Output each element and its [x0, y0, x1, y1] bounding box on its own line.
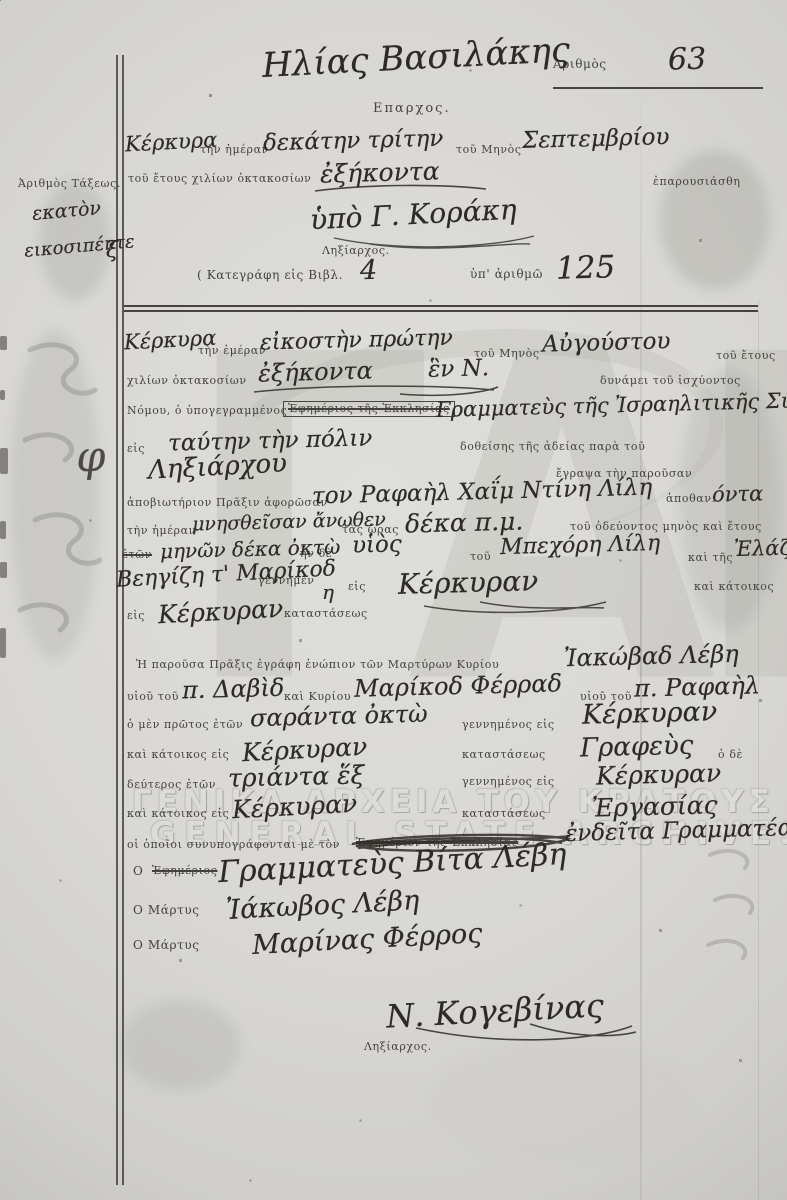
header-tou-etous: τοῦ ἔτους χιλίων ὀκτακοσίων [128, 172, 311, 185]
eparchos-heading: Επαρχος. [373, 101, 451, 116]
paper-highlight [430, 1040, 690, 1160]
body-tou-etous: τοῦ ἔτους [716, 349, 776, 362]
body-eton-struck: ἐτῶν [122, 548, 152, 561]
body-apothan: ἀποθαν. [666, 492, 716, 505]
body-father: Μπεχόρη Λίλη [500, 531, 661, 560]
fold-crease [758, 300, 759, 1200]
witness1-age: σαράντα ὀκτὼ [250, 700, 428, 733]
document-scan: ΓΑΚ ΓΕΝΙΚΑ ΑΡΧΕΙΑ ΤΟΥ ΚΡΑΤΟΥΣ GENERAL ST… [0, 0, 787, 1200]
body-onta: όντα [712, 481, 764, 506]
sig2-martys-label: Ο Μάρτυς [133, 903, 200, 917]
header-place: Κέρκυρα [124, 128, 218, 157]
body-chilion: χιλίων ὀκτακοσίων [127, 374, 247, 387]
body-en: ἓν Ν. [428, 355, 490, 383]
body-nomou: Νόμου, ὁ ὑπογεγραμμένος [127, 404, 287, 417]
witness1-eton-label: ὁ μὲν πρῶτος ἐτῶν [127, 718, 243, 731]
witness-intro: Ἡ παροῦσα Πρᾶξις ἐγράφη ἐνώπιον τῶν Μαρτ… [136, 658, 499, 671]
witness2-age: τριάντα ἕξ [228, 760, 365, 793]
binding-mark [0, 628, 6, 658]
sig3-martys-label: Ο Μάρτυς [133, 938, 200, 952]
body-eis-3: εἰς [127, 609, 145, 622]
body-kai-katoikos: καὶ κάτοικος [694, 580, 774, 593]
officiant-flourish [330, 232, 540, 252]
body-gender: η [322, 580, 334, 604]
witness1-birthplace: Κέρκυραν [582, 696, 718, 731]
signature-witness2: Μαρίνας Φέρρος [251, 918, 483, 961]
margin-flourish: φ [75, 431, 107, 481]
register-yp-arithmo: ὑπ' ἀριθμῶ [470, 267, 543, 281]
header-eparousiasthi: ἐπαρουσιάσθη [653, 175, 741, 188]
witness-o-de: ὁ δὲ [718, 748, 743, 761]
margin-squiggle: ξ [106, 238, 118, 263]
witness2-birthplace: Κέρκυραν [596, 758, 722, 790]
body-decade-flourish [250, 382, 500, 398]
body-dynamei: δυνάμει τοῦ ἰσχύοντος [600, 374, 741, 387]
left-margin-rule-inner [122, 55, 124, 1185]
binding-mark [0, 448, 8, 474]
body-dotheisis: δοθείσης τῆς ἀδείας παρὰ τοῦ [460, 440, 645, 453]
body-mother: Ἐλάζιο [734, 535, 787, 561]
witness1-gennimenos: γεννημένος εἰς [462, 718, 555, 731]
arithmos-value: 63 [668, 42, 707, 78]
body-hours: δέκα π.μ. [405, 506, 524, 538]
witness1-name: Ἰακώβαδ Λέβη [564, 640, 739, 673]
fold-crease [640, 60, 642, 1200]
witness1-katoikos: καὶ κάτοικος εἰς [127, 748, 229, 761]
left-margin-rule-outer [116, 55, 118, 1185]
section-divider-top [124, 305, 758, 307]
body-apobiotirion: ἀποβιωτήριον Πρᾶξιν ἀφορῶσαν [127, 496, 328, 509]
body-eis-2: εἰς [348, 580, 366, 593]
witness2-eton-label: δεύτερος ἐτῶν [127, 778, 216, 791]
birthplace-flourish [420, 598, 610, 616]
witness2-name: Μαρίκοδ Φέρραδ [354, 669, 563, 702]
register-prefix: ( Κατεγράφη εἰς Βιβλ. [197, 268, 343, 282]
paper-stain [120, 1000, 240, 1090]
witness2-gennimenos: γεννημένος εἰς [462, 775, 555, 788]
witness1-father: π. Δαβὶδ [182, 674, 285, 705]
witness1-yiou-tou: υἱοῦ τοῦ [127, 690, 179, 703]
register-book: 4 [360, 255, 378, 286]
body-kai-tis: καὶ τῆς [688, 551, 733, 564]
decade-underline-flourish [312, 182, 492, 196]
body-tin-imeran-2: τὴν ἡμέραν [127, 524, 196, 537]
header-day: δεκάτην τρίτην [263, 126, 444, 157]
body-odevontos: τοῦ ὁδεύοντος μηνὸς καὶ ἔτους [570, 520, 762, 533]
body-place: Κέρκυρα [123, 326, 217, 355]
register-number: 125 [556, 249, 616, 287]
body-tou: τοῦ [470, 550, 491, 563]
header-tou-minos: τοῦ Μηνὸς [456, 143, 522, 156]
body-month: Αὐγούστου [542, 328, 671, 357]
witness2-katoikos: καὶ κάτοικος εἰς [127, 807, 229, 820]
header-title-handwriting: Ηλίας Βασιλάκης [261, 30, 571, 86]
taxeos-label: Ἀριθμὸς Τάξεως. [18, 177, 121, 190]
bleedthrough-marks [10, 330, 110, 670]
body-eis-1: εἰς [127, 442, 145, 455]
witness2-katastaseos: καταστάσεως [462, 807, 546, 820]
signature-witness1: Ἰάκωβος Λέβη [225, 885, 420, 926]
header-month: Σεπτεμβρίου [522, 124, 670, 154]
binding-mark [0, 521, 6, 539]
sig1-o-label: Ο [133, 864, 143, 878]
header-officiant-signature: ὑπὸ Γ. Κοράκη [309, 193, 517, 237]
body-katastaseos: καταστάσεως [284, 607, 368, 620]
body-efimerios-boxed: Ἐφημέριος τῆς Ἐκκλησίας [283, 401, 455, 417]
paper-speckles [0, 0, 1, 1]
binding-mark [0, 390, 5, 400]
sig1-efimerios-struck: Ἐφημέριος [152, 864, 218, 877]
cosign-label: οἱ ὁποῖοι συνυπογράφονται μὲ τὸν [127, 838, 340, 851]
final-signature-flourish [410, 1020, 640, 1046]
witness1-katastaseos: καταστάσεως [462, 748, 546, 761]
binding-mark [0, 336, 7, 350]
body-day: εἰκοστὴν πρώτην [260, 325, 453, 355]
number-underline [553, 87, 763, 89]
binding-mark [0, 562, 7, 578]
section-divider-bottom [124, 310, 758, 312]
bleedthrough-marks [700, 840, 780, 980]
body-birthplace: Κέρκυραν [398, 564, 539, 601]
body-yios: υἱὸς [352, 531, 402, 558]
